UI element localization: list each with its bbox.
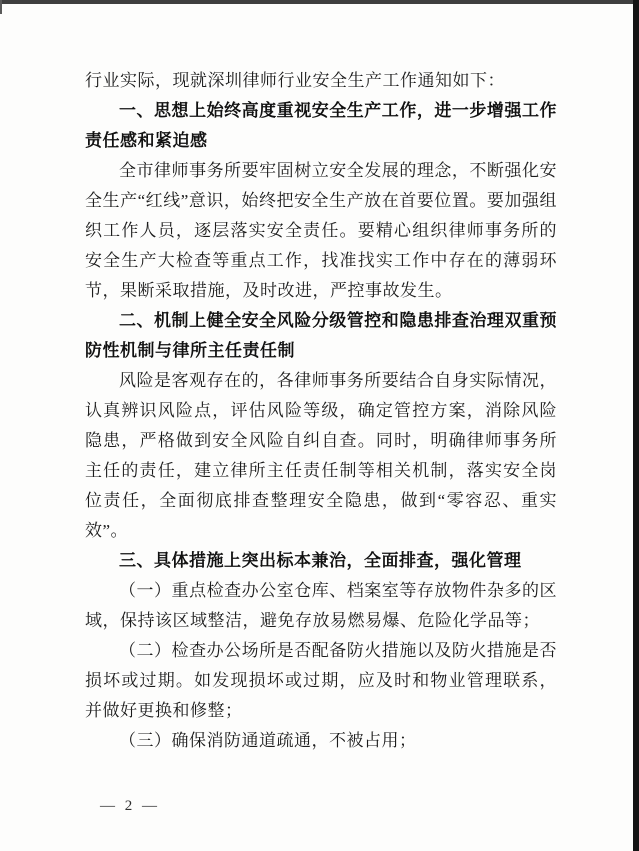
- measure-item-3: （三）确保消防通道疏通，不被占用；: [85, 726, 557, 756]
- scan-left-edge: [0, 0, 2, 14]
- scan-top-edge: [0, 0, 639, 4]
- paragraph-section-2: 风险是客观存在的，各律师事务所要结合自身实际情况，认真辨识风险点，评估风险等级，…: [85, 366, 557, 546]
- page-number: — 2 —: [100, 798, 160, 815]
- measure-item-1: （一）重点检查办公室仓库、档案室等存放物件杂多的区域，保持该区域整洁，避免存放易…: [85, 576, 557, 636]
- document-body: 行业实际，现就深圳律师行业安全生产工作通知如下： 一、思想上始终高度重视安全生产…: [85, 66, 557, 756]
- heading-section-2: 二、机制上健全安全风险分级管控和隐患排查治理双重预防性机制与律所主任责任制: [85, 306, 557, 366]
- paragraph-section-1: 全市律师事务所要牢固树立安全发展的理念，不断强化安全生产“红线”意识，始终把安全…: [85, 156, 557, 306]
- scan-right-edge: [633, 0, 639, 851]
- body-continuation-line: 行业实际，现就深圳律师行业安全生产工作通知如下：: [85, 66, 557, 96]
- heading-section-1: 一、思想上始终高度重视安全生产工作，进一步增强工作责任感和紧迫感: [85, 96, 557, 156]
- measure-item-2: （二）检查办公场所是否配备防火措施以及防火措施是否损坏或过期。如发现损坏或过期，…: [85, 636, 557, 726]
- scanned-document-page: 行业实际，现就深圳律师行业安全生产工作通知如下： 一、思想上始终高度重视安全生产…: [0, 0, 639, 851]
- heading-section-3: 三、具体措施上突出标本兼治，全面排查，强化管理: [85, 546, 557, 576]
